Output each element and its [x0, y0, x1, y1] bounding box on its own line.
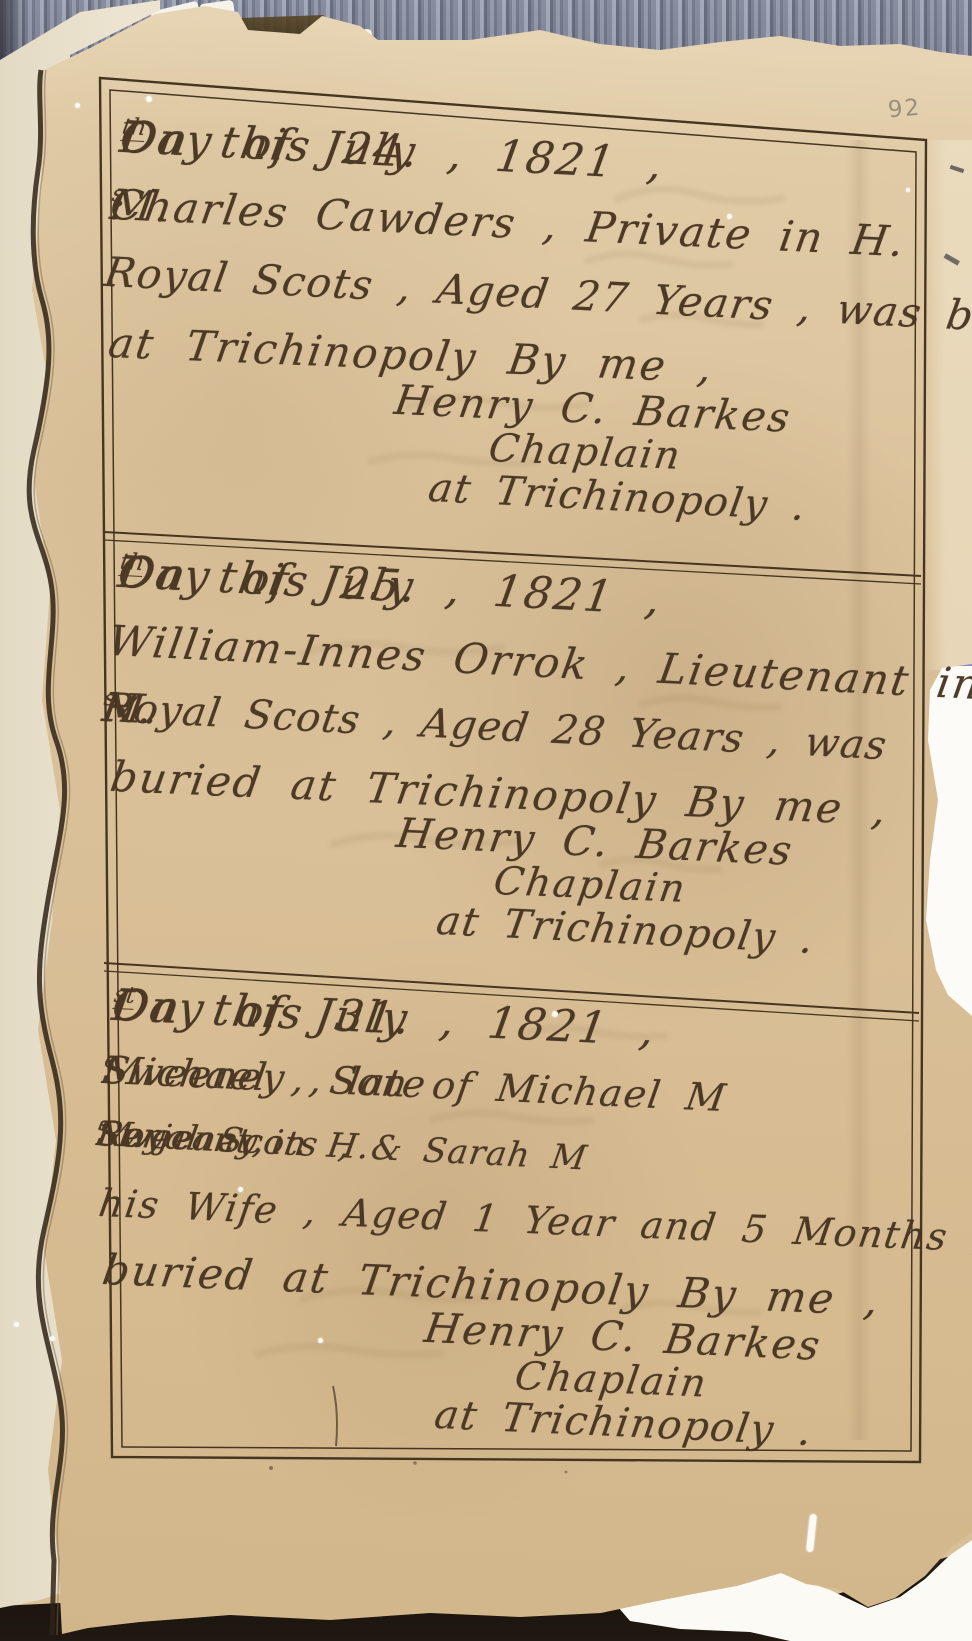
paper-damage-speck — [906, 188, 910, 192]
photograph-of-register-page: 92 On this 24.th Day of July , 1821 , Ch… — [0, 0, 972, 1641]
paper-damage-speck — [146, 96, 152, 102]
paper-damage-speck — [238, 1187, 243, 1192]
paper-damage-speck — [75, 103, 80, 108]
paper-damage-speck — [552, 1011, 558, 1017]
stray-pen-stroke — [333, 1386, 337, 1446]
torn-left-crack — [29, 70, 69, 1635]
paper-damage-speck — [50, 1336, 55, 1341]
paper-damage-speck — [727, 214, 732, 219]
pencil-page-number: 92 — [887, 95, 922, 124]
paper-damage-speck — [14, 1322, 19, 1327]
paper-damage-speck — [318, 1338, 323, 1343]
